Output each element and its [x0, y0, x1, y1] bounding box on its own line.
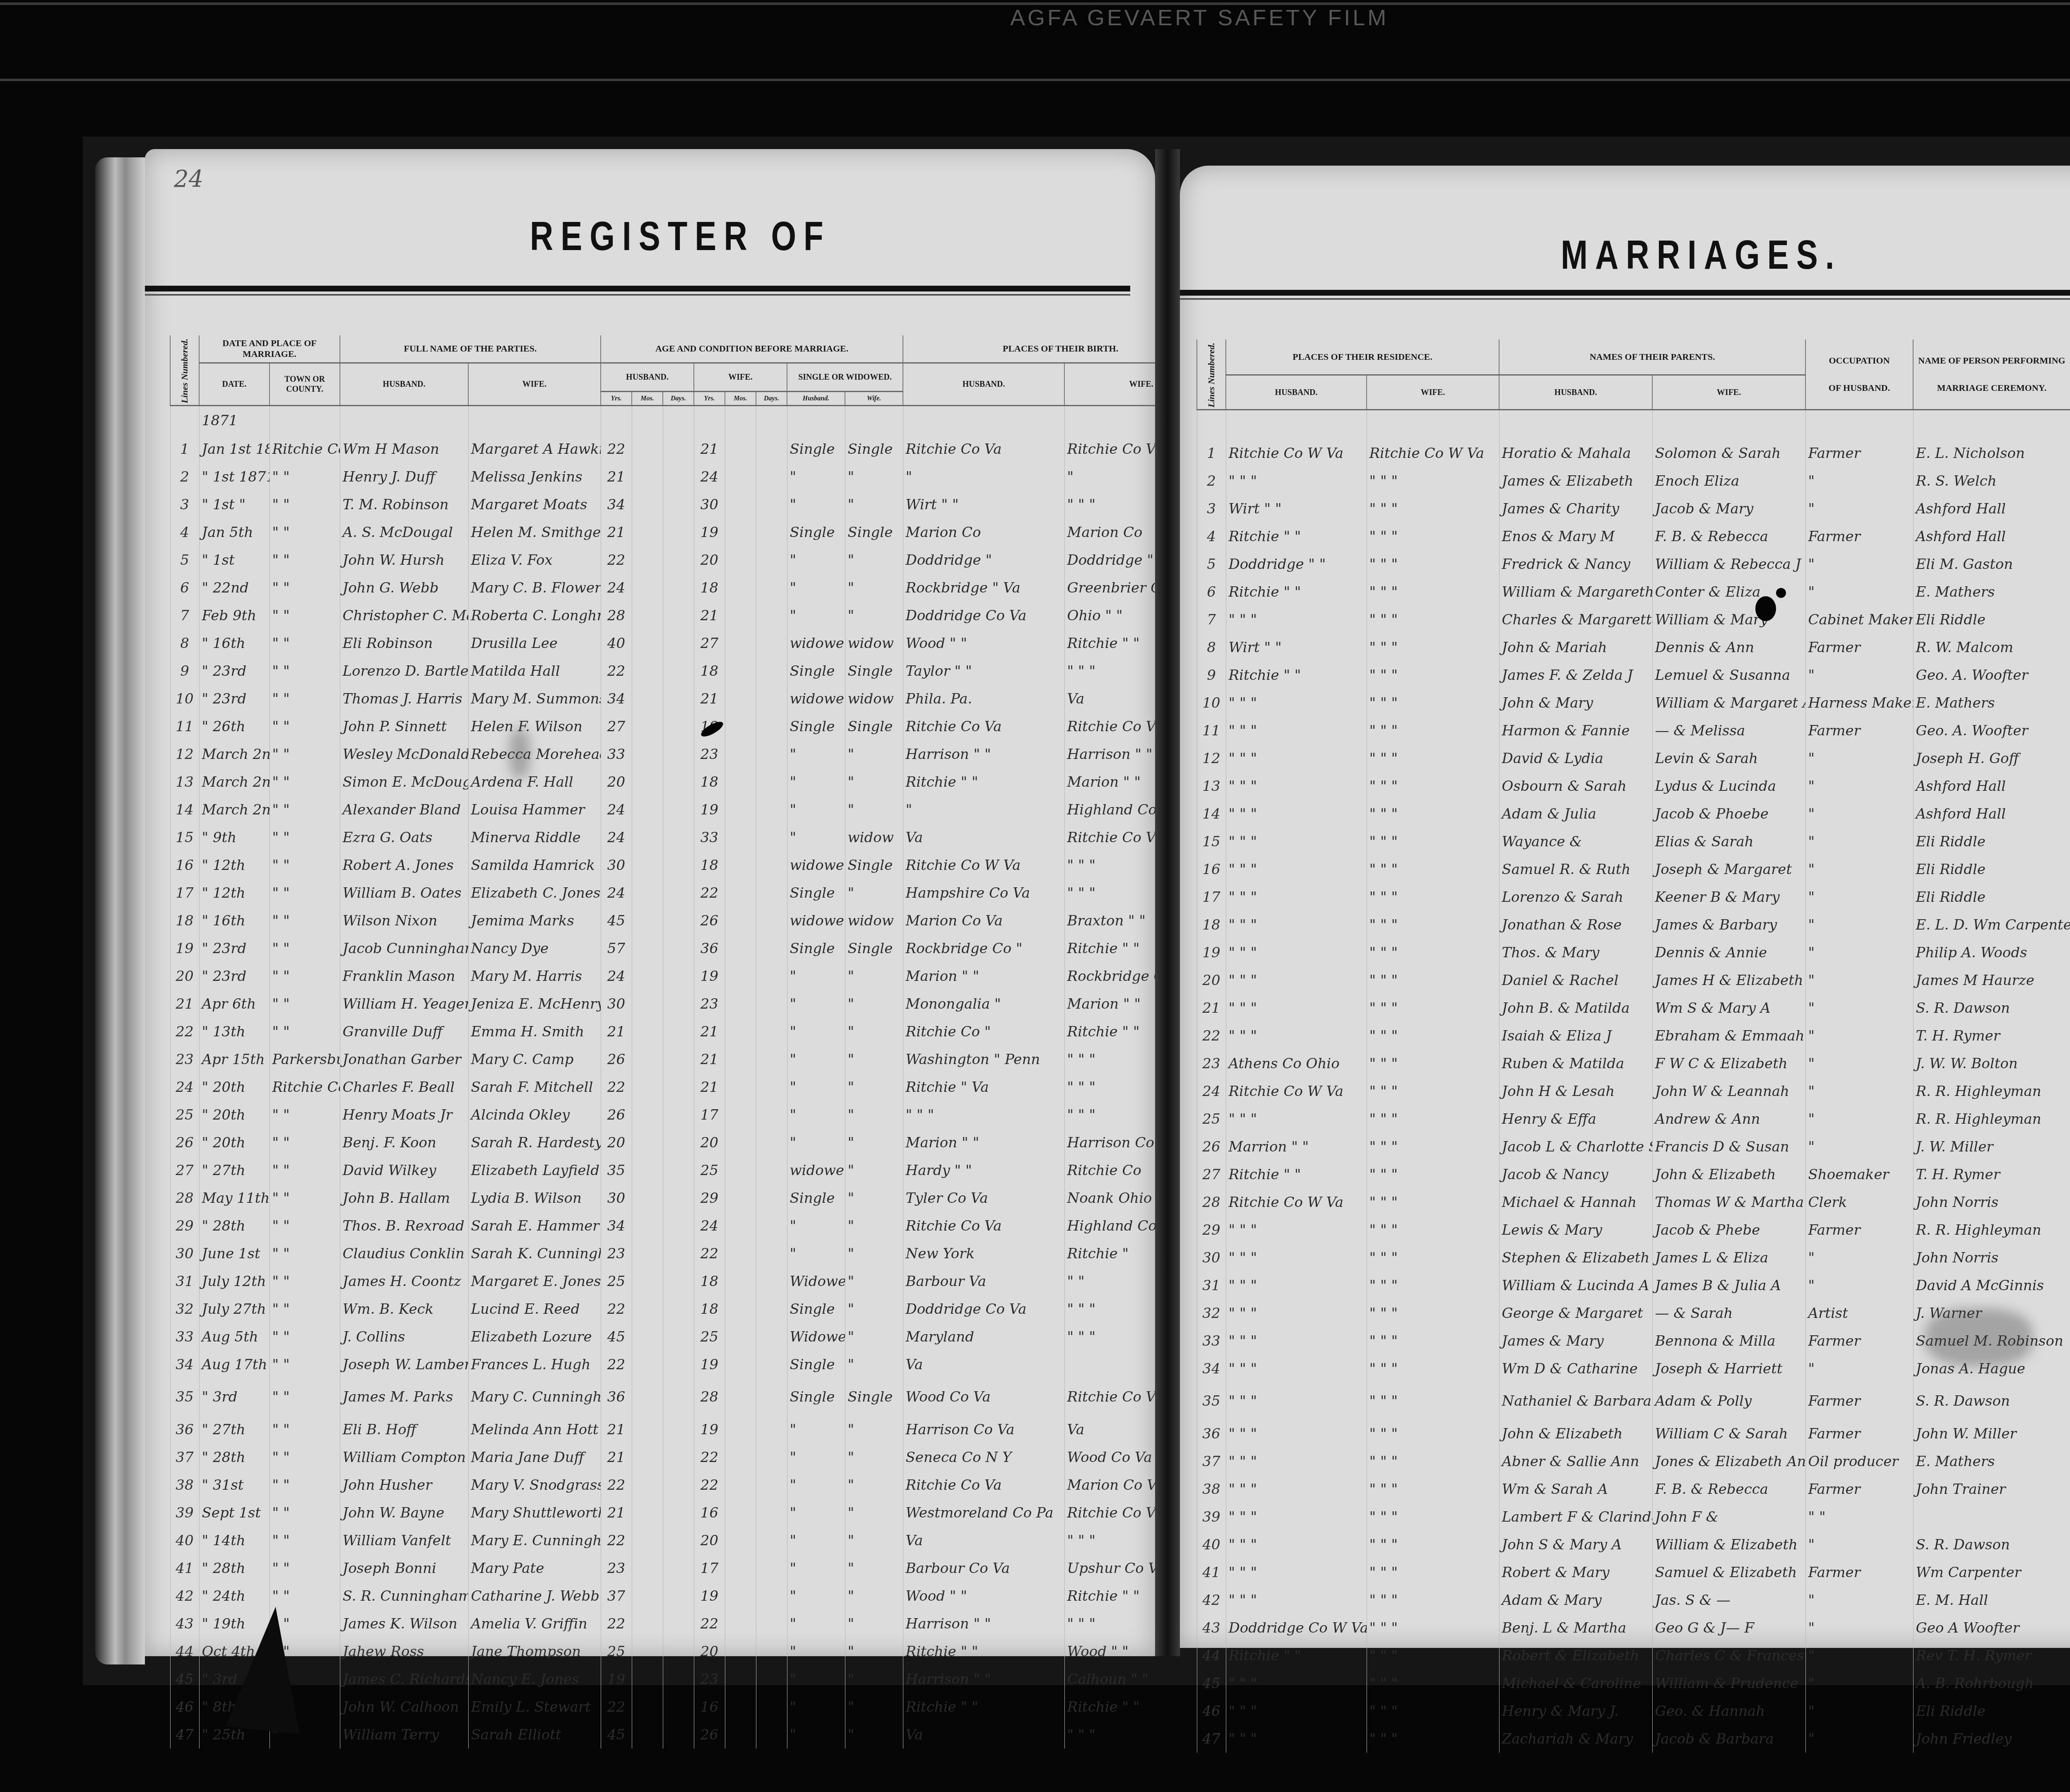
- wife-age-yrs: 26: [694, 1721, 725, 1749]
- marriage-date: Jan 5th: [199, 518, 270, 546]
- table-row: 33Aug 5th" "J. CollinsElizabeth Lozure45…: [170, 1323, 1218, 1351]
- wife-parents: James L & Eliza: [1652, 1244, 1805, 1272]
- table-row: 28May 11th" "John B. HallamLydia B. Wils…: [170, 1184, 1218, 1212]
- husband-name: Joseph W. Lambert: [340, 1351, 468, 1378]
- wife-condition: ": [845, 1693, 903, 1721]
- husband-parents: Benj. L & Martha: [1499, 1614, 1652, 1642]
- film-edge-line: [0, 79, 2070, 81]
- husband-occupation: ": [1805, 1050, 1913, 1077]
- wife-residence: " " ": [1367, 1105, 1499, 1133]
- husband-age-mos: [632, 1471, 663, 1499]
- line-number: 9: [1197, 661, 1226, 689]
- husband-age-yrs: 19: [601, 1665, 632, 1693]
- wife-age-yrs: 18: [694, 768, 725, 796]
- husband-occupation: ": [1805, 467, 1913, 495]
- marriage-date: March 2nd: [199, 796, 270, 824]
- husband-occupation: ": [1805, 1614, 1913, 1642]
- marriage-register-table-right: Lines Numbered. Places of Their Residenc…: [1196, 340, 2070, 1753]
- husband-residence: " " ": [1226, 883, 1367, 911]
- husband-birthplace: Westmoreland Co Pa: [903, 1499, 1064, 1527]
- husband-age-days: [663, 491, 694, 518]
- husband-age-yrs: 45: [601, 907, 632, 935]
- table-row: 24Ritchie Co W Va" " "John H & LesahJohn…: [1197, 1077, 2070, 1105]
- officiant-name: John W. Miller: [1913, 1420, 2070, 1448]
- marriage-place: " ": [270, 907, 340, 935]
- page-title-right: MARRIAGES.: [1561, 231, 1841, 279]
- marriage-date: Jan 1st 1871: [199, 435, 270, 463]
- wife-residence: " " ": [1367, 1586, 1499, 1614]
- line-number: 15: [170, 824, 199, 851]
- table-row: 31July 12th" "James H. CoontzMargaret E.…: [170, 1267, 1218, 1295]
- wife-name: Elizabeth Layfield: [468, 1156, 601, 1184]
- col-occupation: Occupation of Husband.: [1805, 340, 1913, 410]
- husband-residence: " " ": [1226, 1725, 1367, 1753]
- line-number: 18: [1197, 911, 1226, 939]
- husband-occupation: ": [1805, 883, 1913, 911]
- marriage-place: " ": [270, 1295, 340, 1323]
- husband-birthplace: Marion " ": [903, 1129, 1064, 1156]
- husband-occupation: ": [1805, 550, 1913, 578]
- husband-condition: ": [787, 1693, 845, 1721]
- line-number: 29: [170, 1212, 199, 1240]
- line-number: 9: [170, 657, 199, 685]
- wife-age-mos: [725, 1665, 756, 1693]
- husband-parents: James & Elizabeth: [1499, 467, 1652, 495]
- wife-age-days: [756, 796, 787, 824]
- wife-age-yrs: 21: [694, 1045, 725, 1073]
- smudge: [1925, 1308, 2033, 1366]
- officiant-name: R. R. Highleyman: [1913, 1105, 2070, 1133]
- marriage-place: " ": [270, 685, 340, 713]
- line-number: 42: [1197, 1586, 1226, 1614]
- husband-residence: Wirt " ": [1226, 495, 1367, 523]
- husband-name: William H. Yeager: [340, 990, 468, 1018]
- wife-age-days: [756, 713, 787, 740]
- husband-age-mos: [632, 1499, 663, 1527]
- husband-parents: William & Lucinda A: [1499, 1272, 1652, 1299]
- officiant-name: E. L. D. Wm Carpenter: [1913, 911, 2070, 939]
- husband-residence: " " ": [1226, 1383, 1367, 1420]
- husband-parents: Samuel R. & Ruth: [1499, 855, 1652, 883]
- wife-age-days: [756, 851, 787, 879]
- husband-residence: " " ": [1226, 1503, 1367, 1531]
- wife-condition: ": [845, 491, 903, 518]
- wife-residence: " " ": [1367, 966, 1499, 994]
- col-age-husband: Husband.: [601, 363, 694, 391]
- wife-residence: " " ": [1367, 1503, 1499, 1531]
- line-number: 26: [1197, 1133, 1226, 1161]
- marriage-place: " ": [270, 1443, 340, 1471]
- officiant-name: John Norris: [1913, 1188, 2070, 1216]
- husband-parents: Horatio & Mahala: [1499, 439, 1652, 467]
- table-row: 15" " "" " "Wayance &Elias & Sarah"Eli R…: [1197, 828, 2070, 855]
- wife-residence: " " ": [1367, 1642, 1499, 1669]
- left-page: 24 REGISTER OF Lines Numbered. Date and …: [145, 149, 1155, 1656]
- husband-birthplace: Phila. Pa.: [903, 685, 1064, 713]
- wife-age-mos: [725, 1156, 756, 1184]
- wife-parents: William & Mary: [1652, 606, 1805, 633]
- husband-age-mos: [632, 685, 663, 713]
- husband-age-days: [663, 435, 694, 463]
- husband-age-mos: [632, 879, 663, 907]
- husband-name: John W. Bayne: [340, 1499, 468, 1527]
- husband-name: S. R. Cunningham: [340, 1582, 468, 1610]
- husband-birthplace: Ritchie Co Va: [903, 435, 1064, 463]
- husband-residence: Ritchie Co W Va: [1226, 1188, 1367, 1216]
- husband-name: Wilson Nixon: [340, 907, 468, 935]
- table-row: 8Wirt " "" " "John & MariahDennis & AnnF…: [1197, 633, 2070, 661]
- marriage-date: Apr 6th: [199, 990, 270, 1018]
- husband-occupation: ": [1805, 1697, 1913, 1725]
- marriage-place: " ": [270, 1351, 340, 1378]
- husband-age-mos: [632, 713, 663, 740]
- husband-birthplace: Rockbridge Co ": [903, 935, 1064, 962]
- officiant-name: Eli Riddle: [1913, 883, 2070, 911]
- table-row: 7Feb 9th" "Christopher C. MazureRoberta …: [170, 602, 1218, 629]
- husband-condition: widower: [787, 907, 845, 935]
- husband-name: William Compton: [340, 1443, 468, 1471]
- husband-condition: ": [787, 1073, 845, 1101]
- wife-residence: " " ": [1367, 1725, 1499, 1753]
- husband-parents: James & Charity: [1499, 495, 1652, 523]
- husband-age-mos: [632, 1295, 663, 1323]
- husband-age-days: [663, 1638, 694, 1665]
- husband-residence: " " ": [1226, 966, 1367, 994]
- col-group-age-condition: Age and Condition Before Marriage.: [601, 335, 903, 363]
- table-row: 39" " "" " "Lambert F & ClarindaJohn F &…: [1197, 1503, 2070, 1531]
- wife-age-days: [756, 1267, 787, 1295]
- marriage-place: " ": [270, 935, 340, 962]
- officiant-name: Eli Riddle: [1913, 855, 2070, 883]
- table-row: 37" " "" " "Abner & Sallie AnnJones & El…: [1197, 1448, 2070, 1475]
- col-officiant-line2: Marriage Ceremony.: [1915, 383, 2068, 393]
- husband-parents: John H & Lesah: [1499, 1077, 1652, 1105]
- line-number: 21: [170, 990, 199, 1018]
- husband-age-days: [663, 935, 694, 962]
- marriage-place: " ": [270, 962, 340, 990]
- husband-age-days: [663, 1101, 694, 1129]
- line-number: 20: [170, 962, 199, 990]
- husband-parents: Enos & Mary M: [1499, 523, 1652, 550]
- wife-age-yrs: 24: [694, 463, 725, 491]
- husband-parents: William & Margaretham: [1499, 578, 1652, 606]
- wife-age-yrs: 21: [694, 435, 725, 463]
- table-row: 43Doddridge Co W Va" " "Benj. L & Martha…: [1197, 1614, 2070, 1642]
- husband-residence: Doddridge Co W Va: [1226, 1614, 1367, 1642]
- husband-condition: ": [787, 796, 845, 824]
- officiant-name: A. B. Rohrbough: [1913, 1669, 2070, 1697]
- col-officiant: Name of Person Performing Marriage Cerem…: [1913, 340, 2070, 410]
- wife-age-yrs: 26: [694, 907, 725, 935]
- husband-birthplace: Marion " ": [903, 962, 1064, 990]
- husband-name: Simon E. McDougal: [340, 768, 468, 796]
- left-page-stack: [95, 157, 145, 1664]
- marriage-place: " ": [270, 518, 340, 546]
- wife-residence: " " ": [1367, 994, 1499, 1022]
- line-number: 1: [170, 435, 199, 463]
- table-row: 38" " "" " "Wm & Sarah AF. B. & RebeccaF…: [1197, 1475, 2070, 1503]
- marriage-date: Aug 5th: [199, 1323, 270, 1351]
- husband-occupation: ": [1805, 1077, 1913, 1105]
- line-number: 41: [1197, 1558, 1226, 1586]
- col-sw-wife: Wife.: [845, 392, 903, 406]
- wife-residence: " " ": [1367, 1244, 1499, 1272]
- husband-age-mos: [632, 935, 663, 962]
- wife-residence: " " ": [1367, 550, 1499, 578]
- husband-name: Thos. B. Rexroad: [340, 1212, 468, 1240]
- husband-parents: John S & Mary A: [1499, 1531, 1652, 1558]
- wife-name: Helen M. Smithgerf: [468, 518, 601, 546]
- wife-age-yrs: 19: [694, 962, 725, 990]
- husband-age-mos: [632, 796, 663, 824]
- husband-occupation: Farmer: [1805, 1475, 1913, 1503]
- husband-age-yrs: 20: [601, 1129, 632, 1156]
- wife-age-yrs: 19: [694, 1416, 725, 1443]
- husband-condition: widower: [787, 685, 845, 713]
- husband-age-mos: [632, 1129, 663, 1156]
- wife-age-yrs: 18: [694, 1295, 725, 1323]
- marriage-date: " 1st 1871: [199, 463, 270, 491]
- husband-parents: Henry & Effa: [1499, 1105, 1652, 1133]
- husband-birthplace: Va: [903, 1351, 1064, 1378]
- marriage-date: March 2nd: [199, 768, 270, 796]
- wife-parents: Solomon & Sarah: [1652, 439, 1805, 467]
- husband-parents: Robert & Elizabeth: [1499, 1642, 1652, 1669]
- husband-parents: Abner & Sallie Ann: [1499, 1448, 1652, 1475]
- film-edge-text: AGFA GEVAERT SAFETY FILM: [1010, 5, 1389, 31]
- wife-name: Mary Pate: [468, 1554, 601, 1582]
- husband-residence: Ritchie " ": [1226, 1642, 1367, 1669]
- husband-condition: ": [787, 990, 845, 1018]
- line-number: 2: [170, 463, 199, 491]
- marriage-place: " ": [270, 602, 340, 629]
- husband-age-yrs: 24: [601, 824, 632, 851]
- line-number: 35: [170, 1378, 199, 1416]
- husband-residence: Wirt " ": [1226, 633, 1367, 661]
- wife-age-mos: [725, 1554, 756, 1582]
- marriage-place: " ": [270, 1471, 340, 1499]
- wife-age-yrs: 27: [694, 629, 725, 657]
- wife-name: Jemima Marks: [468, 907, 601, 935]
- table-row: 29" 28th" "Thos. B. RexroadSarah E. Hamm…: [170, 1212, 1218, 1240]
- husband-name: Ezra G. Oats: [340, 824, 468, 851]
- table-row: 45" " "" " "Michael & CarolineWilliam & …: [1197, 1669, 2070, 1697]
- marriage-date: " 23rd: [199, 962, 270, 990]
- wife-condition: ": [845, 1499, 903, 1527]
- line-number: 17: [170, 879, 199, 907]
- husband-age-yrs: 22: [601, 1351, 632, 1378]
- wife-age-yrs: 21: [694, 1018, 725, 1045]
- line-number: 3: [1197, 495, 1226, 523]
- wife-residence: " " ": [1367, 661, 1499, 689]
- husband-age-yrs: 24: [601, 962, 632, 990]
- husband-age-mos: [632, 1184, 663, 1212]
- marriage-place: " ": [270, 1554, 340, 1582]
- line-number: 31: [1197, 1272, 1226, 1299]
- husband-age-mos: [632, 1267, 663, 1295]
- wife-age-yrs: 22: [694, 879, 725, 907]
- husband-residence: Athens Co Ohio: [1226, 1050, 1367, 1077]
- marriage-date: " 26th: [199, 713, 270, 740]
- table-row: 29" " "" " "Lewis & MaryJacob & PhebeFar…: [1197, 1216, 2070, 1244]
- table-row: 20" 23rd" "Franklin MasonMary M. Harris2…: [170, 962, 1218, 990]
- wife-residence: " " ": [1367, 883, 1499, 911]
- line-number: 45: [170, 1665, 199, 1693]
- line-number: 2: [1197, 467, 1226, 495]
- wife-name: Mary C. Camp: [468, 1045, 601, 1073]
- line-number: 36: [1197, 1420, 1226, 1448]
- table-row: 31" " "" " "William & Lucinda AJames B &…: [1197, 1272, 2070, 1299]
- line-number: 30: [170, 1240, 199, 1267]
- officiant-name: Ashford Hall: [1913, 772, 2070, 800]
- wife-parents: John & Elizabeth: [1652, 1161, 1805, 1188]
- husband-residence: Ritchie " ": [1226, 661, 1367, 689]
- marriage-place: " ": [270, 796, 340, 824]
- husband-parents: Ruben & Matilda: [1499, 1050, 1652, 1077]
- husband-residence: " " ": [1226, 911, 1367, 939]
- husband-residence: Ritchie Co W Va: [1226, 439, 1367, 467]
- marriage-place: " ": [270, 1267, 340, 1295]
- wife-parents: Adam & Polly: [1652, 1383, 1805, 1420]
- wife-age-mos: [725, 629, 756, 657]
- wife-name: Melinda Ann Hott: [468, 1416, 601, 1443]
- wife-name: Sarah K. Cunningham: [468, 1240, 601, 1267]
- husband-age-days: [663, 990, 694, 1018]
- table-row: 23Apr 15thParkersburgJonathan GarberMary…: [170, 1045, 1218, 1073]
- wife-age-days: [756, 1129, 787, 1156]
- wife-residence: " " ": [1367, 744, 1499, 772]
- wife-parents: Andrew & Ann: [1652, 1105, 1805, 1133]
- line-number: 19: [170, 935, 199, 962]
- husband-age-mos: [632, 1351, 663, 1378]
- marriage-date: " 20th: [199, 1129, 270, 1156]
- wife-residence: " " ": [1367, 1077, 1499, 1105]
- wife-age-days: [756, 1443, 787, 1471]
- marriage-place: " ": [270, 1582, 340, 1610]
- wife-residence: " " ": [1367, 911, 1499, 939]
- officiant-name: S. R. Dawson: [1913, 1383, 2070, 1420]
- wife-age-yrs: 30: [694, 491, 725, 518]
- husband-condition: ": [787, 1129, 845, 1156]
- wife-age-mos: [725, 1240, 756, 1267]
- husband-occupation: ": [1805, 994, 1913, 1022]
- husband-birthplace: Harrison " ": [903, 1610, 1064, 1638]
- officiant-name: T. H. Rymer: [1913, 1161, 2070, 1188]
- wife-name: Jane Thompson: [468, 1638, 601, 1665]
- husband-occupation: ": [1805, 578, 1913, 606]
- wife-age-yrs: 18: [694, 657, 725, 685]
- husband-age-yrs: 21: [601, 463, 632, 491]
- officiant-name: R. W. Malcom: [1913, 633, 2070, 661]
- husband-age-mos: [632, 768, 663, 796]
- husband-birthplace: Wood " ": [903, 629, 1064, 657]
- wife-age-mos: [725, 1073, 756, 1101]
- line-number: 1: [1197, 439, 1226, 467]
- bookmark-corner: [226, 1603, 313, 1734]
- col-res-wife: Wife.: [1367, 375, 1499, 410]
- wife-parents: F W C & Elizabeth: [1652, 1050, 1805, 1077]
- table-row: 5Doddridge " "" " "Fredrick & NancyWilli…: [1197, 550, 2070, 578]
- spacer-row: [1197, 410, 2070, 440]
- officiant-name: Eli Riddle: [1913, 606, 2070, 633]
- wife-parents: F. B. & Rebecca: [1652, 523, 1805, 550]
- husband-age-days: [663, 546, 694, 574]
- table-row: 19" 23rd" "Jacob CunninghamNancy Dye5736…: [170, 935, 1218, 962]
- line-number: 32: [1197, 1299, 1226, 1327]
- husband-age-yrs: 25: [601, 1267, 632, 1295]
- husband-birthplace: Wood Co Va: [903, 1378, 1064, 1416]
- husband-residence: " " ": [1226, 1558, 1367, 1586]
- table-row: 12March 2nd" "Wesley McDonaldRebecca Mor…: [170, 740, 1218, 768]
- marriage-date: Feb 9th: [199, 602, 270, 629]
- husband-age-days: [663, 1721, 694, 1749]
- husband-parents: George & Margaret: [1499, 1299, 1652, 1327]
- line-number: 14: [1197, 800, 1226, 828]
- table-row: 10" " "" " "John & MaryWilliam & Margare…: [1197, 689, 2070, 717]
- wife-age-yrs: 20: [694, 1638, 725, 1665]
- officiant-name: E. L. Nicholson: [1913, 439, 2070, 467]
- line-number: 32: [170, 1295, 199, 1323]
- husband-age-mos: [632, 1212, 663, 1240]
- husband-parents: David & Lydia: [1499, 744, 1652, 772]
- wife-age-mos: [725, 713, 756, 740]
- line-number: 43: [170, 1610, 199, 1638]
- husband-parents: Wm D & Catharine: [1499, 1355, 1652, 1383]
- marriage-place: " ": [270, 768, 340, 796]
- wife-condition: Single: [845, 518, 903, 546]
- husband-residence: " " ": [1226, 828, 1367, 855]
- header-rule: [1180, 298, 2070, 300]
- husband-occupation: ": [1805, 1105, 1913, 1133]
- husband-parents: Harmon & Fannie: [1499, 717, 1652, 744]
- husband-birthplace: Wirt " ": [903, 491, 1064, 518]
- marriage-date: " 12th: [199, 879, 270, 907]
- wife-parents: Elias & Sarah: [1652, 828, 1805, 855]
- husband-residence: " " ": [1226, 939, 1367, 966]
- husband-parents: James F. & Zelda J: [1499, 661, 1652, 689]
- marriage-date: July 12th: [199, 1267, 270, 1295]
- husband-parents: Lorenzo & Sarah: [1499, 883, 1652, 911]
- header-rule: [1180, 290, 2070, 296]
- wife-age-days: [756, 1351, 787, 1378]
- wife-condition: ": [845, 1416, 903, 1443]
- marriage-place: " ": [270, 1240, 340, 1267]
- wife-condition: ": [845, 1129, 903, 1156]
- col-w-yrs: Yrs.: [694, 392, 725, 406]
- marriage-date: " 16th: [199, 629, 270, 657]
- marriage-date: Sept 1st: [199, 1499, 270, 1527]
- table-row: 15" 9th" "Ezra G. OatsMinerva Riddle2433…: [170, 824, 1218, 851]
- husband-age-days: [663, 602, 694, 629]
- line-number: 39: [1197, 1503, 1226, 1531]
- marriage-date: " 23rd: [199, 685, 270, 713]
- husband-birthplace: Maryland: [903, 1323, 1064, 1351]
- line-number: 10: [1197, 689, 1226, 717]
- officiant-name: J. W. W. Bolton: [1913, 1050, 2070, 1077]
- wife-condition: ": [845, 1295, 903, 1323]
- marriage-date: " 23rd: [199, 935, 270, 962]
- husband-occupation: ": [1805, 1355, 1913, 1383]
- line-number: 41: [170, 1554, 199, 1582]
- husband-age-yrs: 24: [601, 574, 632, 602]
- husband-age-mos: [632, 546, 663, 574]
- line-number: 12: [1197, 744, 1226, 772]
- col-occupation-line2: of Husband.: [1808, 383, 1911, 393]
- wife-condition: Single: [845, 657, 903, 685]
- husband-age-yrs: 33: [601, 740, 632, 768]
- husband-age-mos: [632, 824, 663, 851]
- line-number: 5: [170, 546, 199, 574]
